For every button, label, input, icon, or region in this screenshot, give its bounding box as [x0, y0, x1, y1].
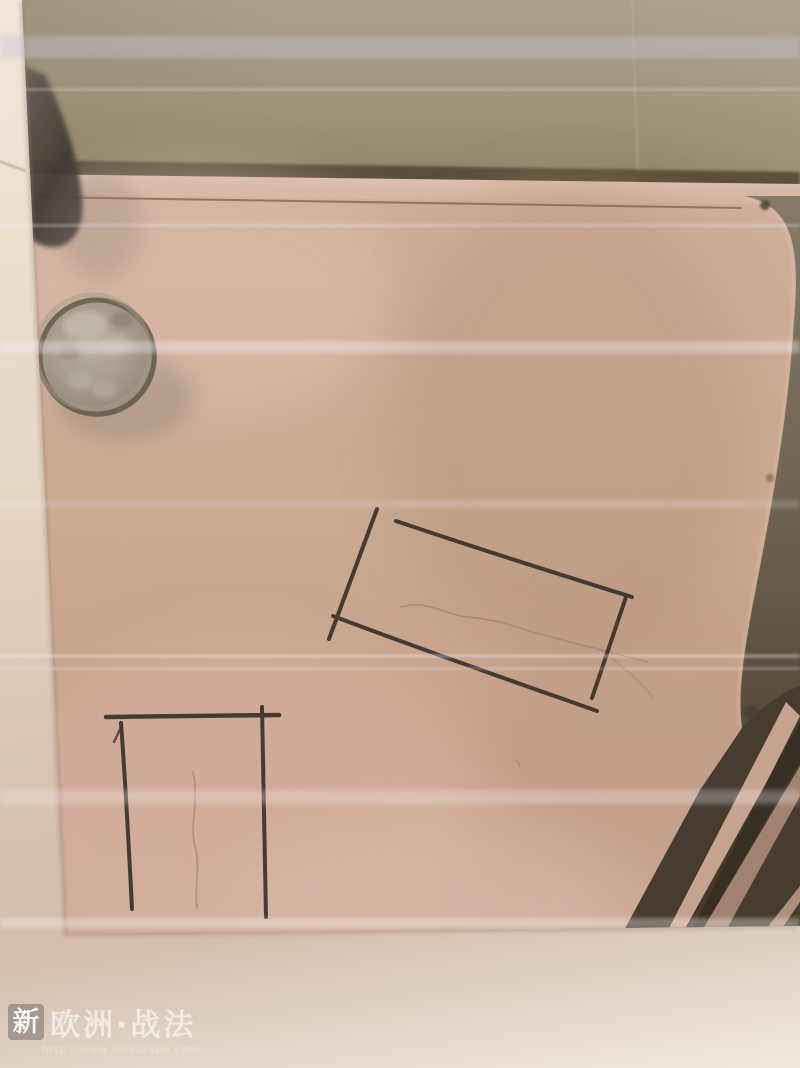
shower-tray-scene [0, 0, 800, 1068]
watermark-logo: 新 [8, 1004, 44, 1040]
printed-photo-wrap [0, 0, 800, 1068]
wall-shading [0, 0, 800, 190]
edge-fitting-spot-1 [760, 200, 770, 210]
watermark-brand-text: 欧洲·战法 [50, 1000, 196, 1044]
watermark-url: http://www.xineurope.com [42, 1043, 199, 1056]
floor-highlight-bottom [230, 810, 630, 990]
pen-rect-lower-top-stroke [106, 715, 279, 717]
edge-fitting-spot-2 [766, 474, 774, 482]
printed-photo [0, 0, 800, 1068]
floor-shade-mid-right [390, 180, 750, 660]
watermark: 新 欧洲·战法 [8, 1000, 196, 1044]
photographed-page: 新 欧洲·战法 http://www.xineurope.com [0, 0, 800, 1068]
edge-fitting-spot-3 [743, 706, 759, 718]
